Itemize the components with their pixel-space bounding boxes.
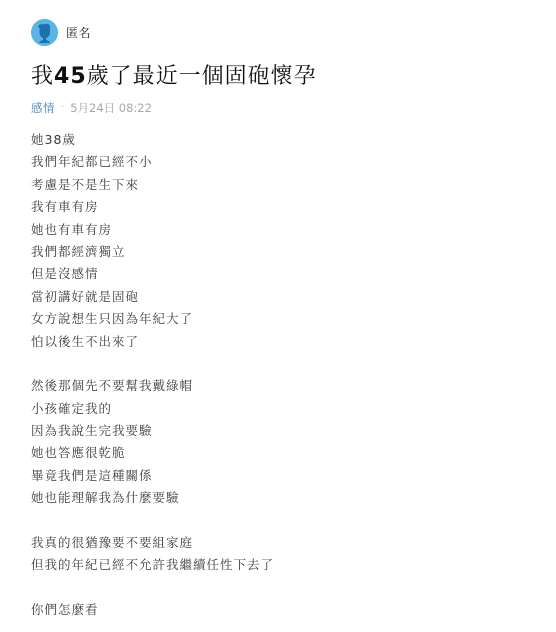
- body-line: 她38歲: [31, 129, 536, 151]
- body-line: 但我的年紀已經不允許我繼續任性下去了: [31, 554, 536, 576]
- body-line: 女方說想生只因為年紀大了: [31, 308, 536, 330]
- body-line: 然後那個先不要幫我戴綠帽: [31, 375, 536, 397]
- post-meta: 感情 · 5月24日 08:22: [31, 100, 536, 116]
- body-blank-line: [31, 353, 536, 375]
- body-line: 你們怎麼看: [31, 599, 536, 621]
- post-body: 她38歲 我們年紀都已經不小 考慮是不是生下來 我有車有房 她也有車有房 我們都…: [31, 129, 536, 622]
- meta-separator: ·: [61, 100, 64, 116]
- body-line: 但是沒感情: [31, 263, 536, 285]
- title-suffix: 歲了最近一個固砲懷孕: [87, 64, 317, 89]
- body-line: 她也答應很乾脆: [31, 442, 536, 464]
- author-row: 匿名: [31, 18, 536, 46]
- body-blank-line: [31, 510, 536, 532]
- body-line: 因為我說生完我要驗: [31, 420, 536, 442]
- title-number: 45: [54, 64, 87, 89]
- body-line: 畢竟我們是這種關係: [31, 465, 536, 487]
- body-line: 我有車有房: [31, 196, 536, 218]
- body-line: 小孩確定我的: [31, 398, 536, 420]
- body-line: 她也有車有房: [31, 219, 536, 241]
- body-line: 她也能理解我為什麼要驗: [31, 487, 536, 509]
- post-title: 我45歲了最近一個固砲懷孕: [31, 62, 536, 92]
- body-line: 當初講好就是固砲: [31, 286, 536, 308]
- post-date: 5月24日 08:22: [70, 100, 152, 116]
- body-blank-line: [31, 577, 536, 599]
- author-name[interactable]: 匿名: [66, 24, 91, 41]
- category-link[interactable]: 感情: [31, 100, 55, 116]
- post-header: 匿名 我45歲了最近一個固砲懷孕 感情 · 5月24日 08:22: [31, 18, 536, 116]
- body-line: 我真的很猶豫要不要組家庭: [31, 532, 536, 554]
- body-line: 我們都經濟獨立: [31, 241, 536, 263]
- body-line: 我們年紀都已經不小: [31, 151, 536, 173]
- body-line: 考慮是不是生下來: [31, 174, 536, 196]
- body-line: 怕以後生不出來了: [31, 331, 536, 353]
- title-prefix: 我: [31, 64, 54, 89]
- anonymous-avatar-icon[interactable]: [31, 19, 58, 46]
